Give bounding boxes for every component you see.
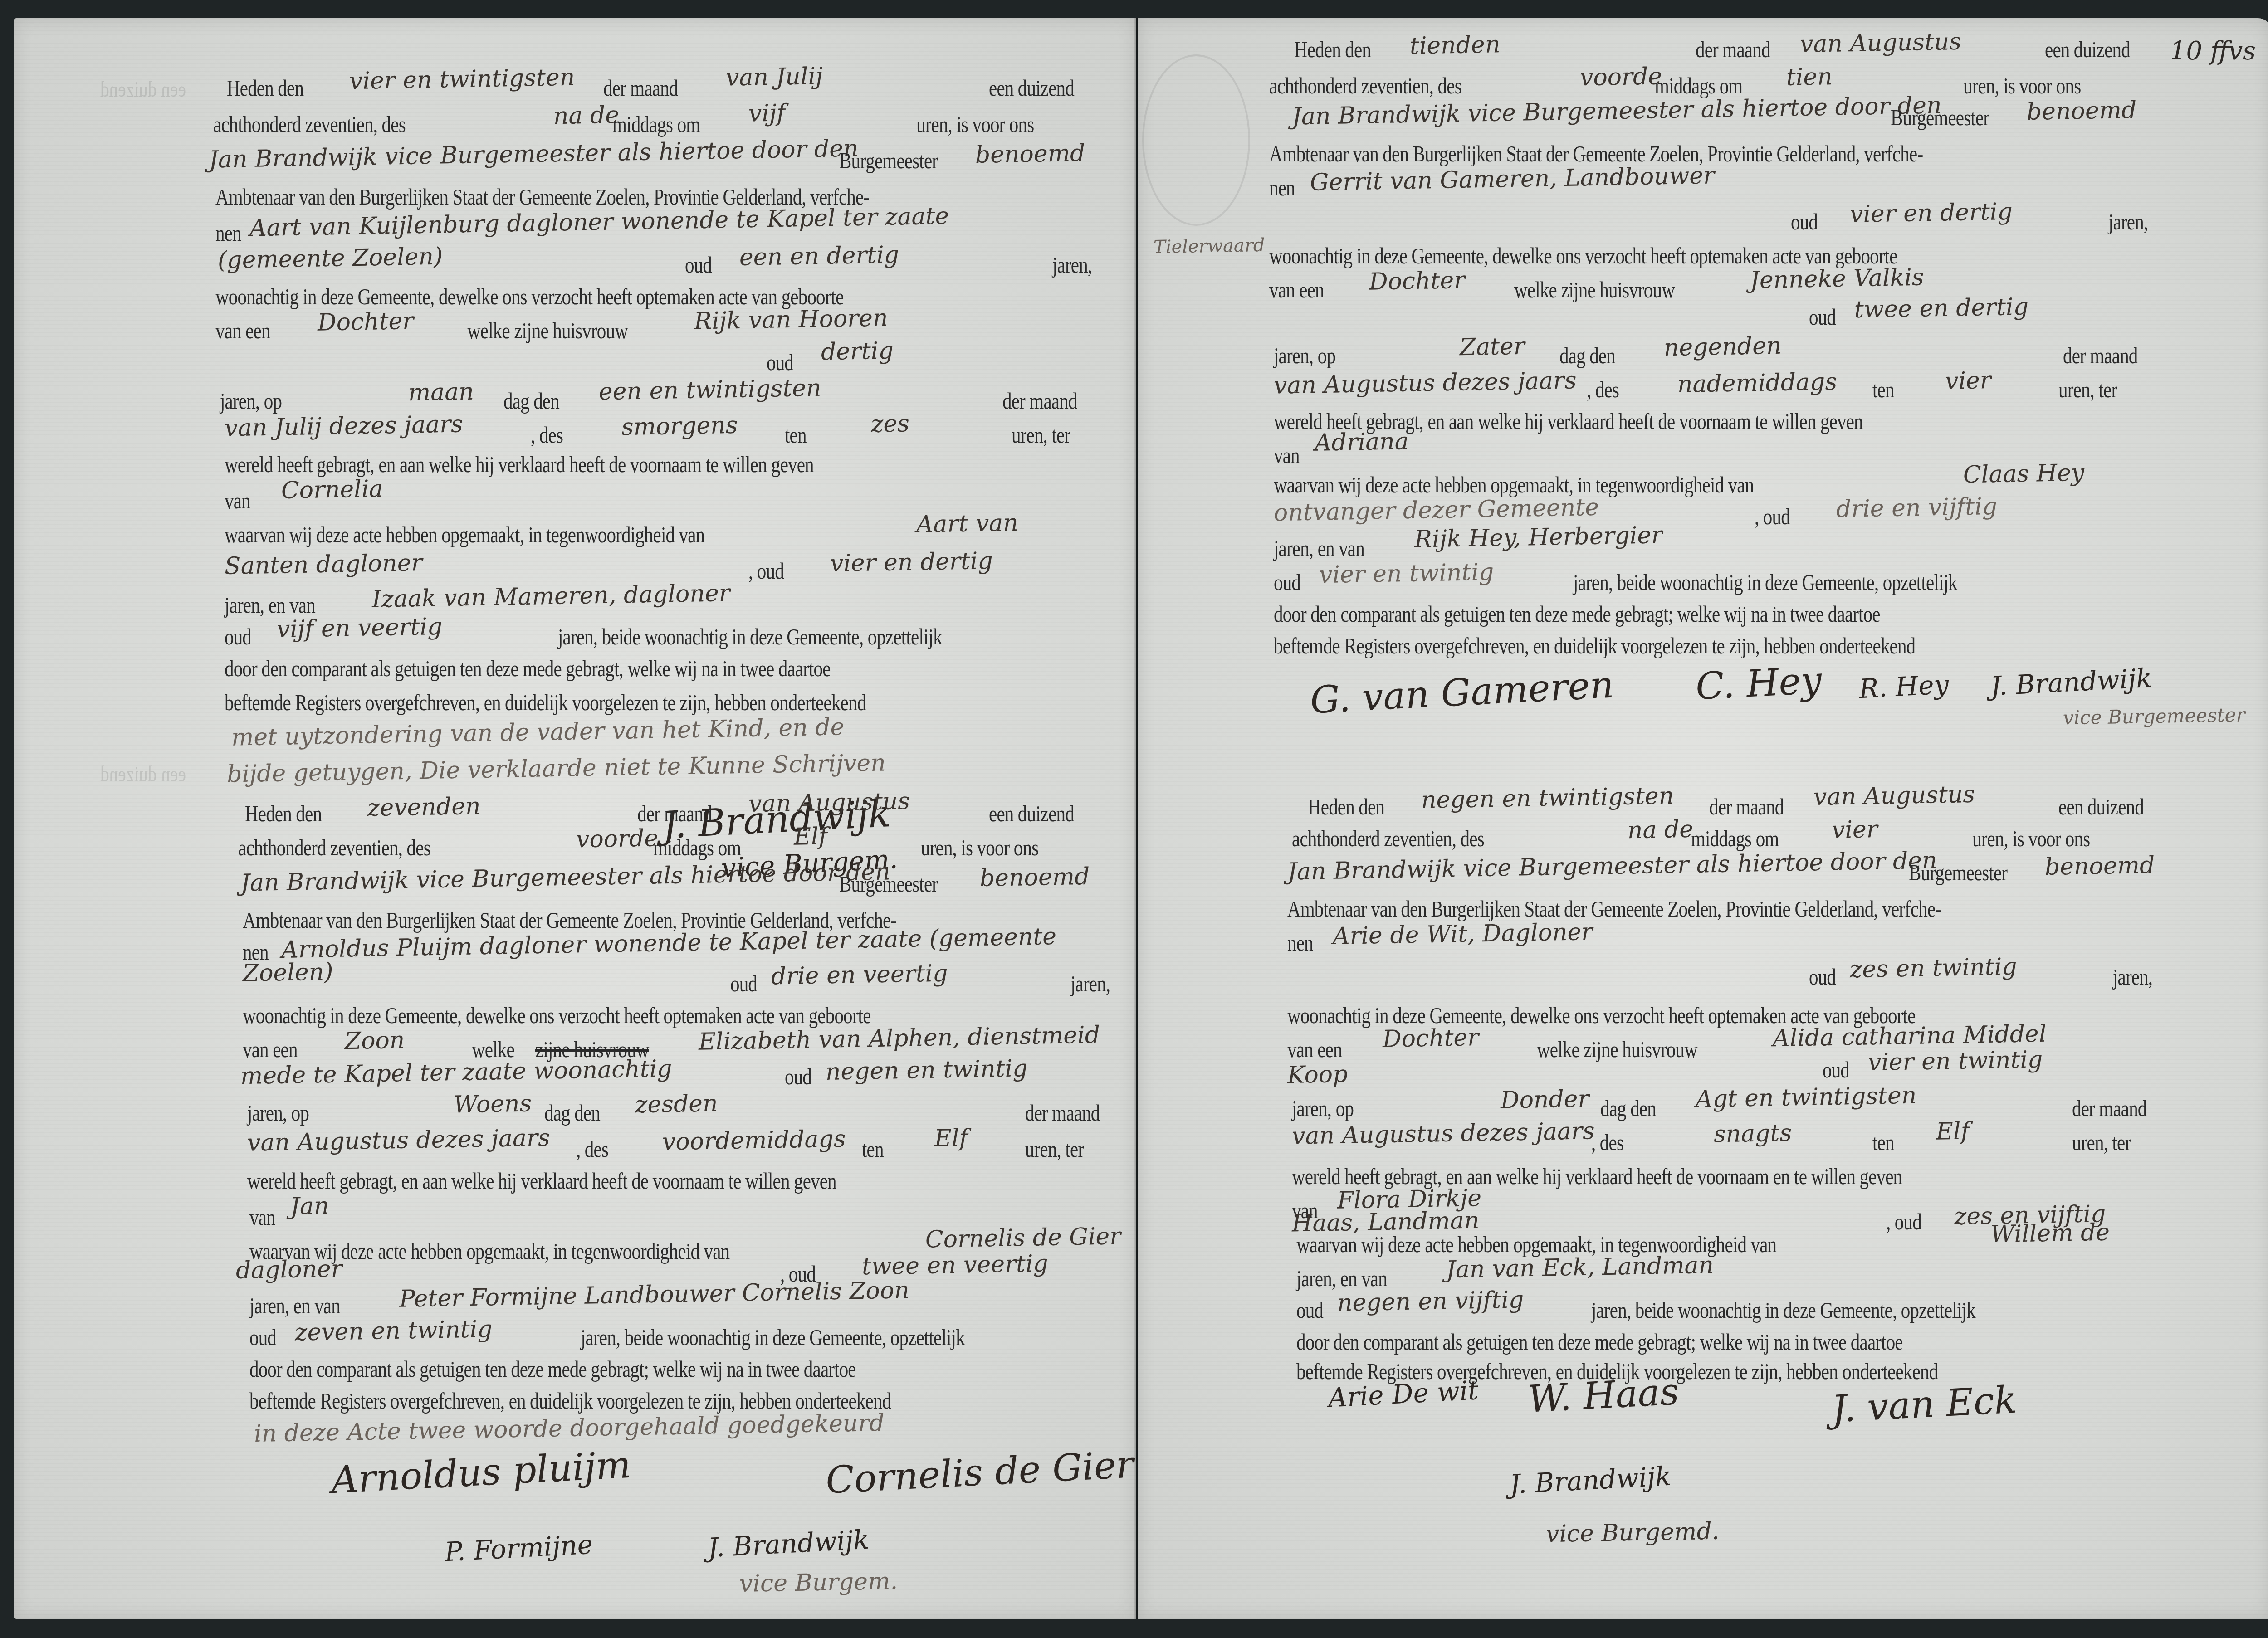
handwritten-witness: Rijk Hey, Herbergier — [1414, 522, 1663, 553]
printed-text: een duizend — [989, 800, 1074, 827]
printed-text: Burgemeester — [1909, 859, 2007, 886]
printed-text: welke zijne huisvrouw — [1514, 277, 1675, 303]
printed-text: Burgemeester — [1891, 104, 1989, 131]
printed-text: middags om — [1655, 73, 1742, 99]
signature-title: vice Burgemeester — [2063, 703, 2245, 729]
handwritten-sex: Dochter — [1382, 1024, 1479, 1053]
handwritten-time: nademiddags — [1677, 368, 1838, 398]
handwritten-child-name: Adriana — [1314, 428, 1409, 457]
handwritten-age: drie en veertig — [771, 960, 948, 990]
handwritten-text: van Augustus dezes jaars — [247, 1124, 551, 1157]
handwritten-day: tienden — [1409, 31, 1500, 59]
printed-text: ten — [785, 422, 807, 448]
handwritten-text: mede te Kapel ter zaate woonachtig — [240, 1055, 673, 1090]
handwritten-father: Gerrit van Gameren, Landbouwer — [1310, 162, 1715, 196]
printed-text: jaren, — [1052, 252, 1092, 278]
handwritten-witness: dagloner — [235, 1255, 342, 1284]
handwritten-hour: vijf — [748, 99, 785, 127]
handwritten-annotation: bijde getuygen, Die verklaarde niet te K… — [227, 749, 886, 788]
printed-text: beftemde Registers overgefchreven, en du… — [249, 1388, 891, 1414]
printed-text: uren, is voor ons — [1972, 825, 2090, 852]
printed-text: door den comparant als getuigen ten deze… — [1274, 601, 1880, 627]
printed-text: der maand — [637, 800, 712, 827]
printed-text: een duizend — [2045, 36, 2130, 63]
printed-text: nen — [1287, 930, 1313, 956]
handwritten-hour: Elf — [934, 1124, 968, 1152]
handwritten-sex: Dochter — [1369, 267, 1465, 296]
printed-text: door den comparant als getuigen ten deze… — [225, 655, 831, 682]
handwritten-witness: Jan van Eck, Landman — [1446, 1252, 1714, 1283]
printed-text: achthonderd zeventien, des — [1269, 73, 1461, 99]
printed-text: een duizend — [989, 75, 1074, 101]
printed-text: middags om — [612, 111, 700, 137]
printed-text: der maand — [1002, 388, 1077, 414]
handwritten-official: Jan Brandwijk vice Burgemeester als hier… — [240, 858, 890, 897]
handwritten-mother-cont: Koop — [1287, 1061, 1348, 1089]
printed-text: Heden den — [227, 75, 303, 101]
printed-text: uren, is voor ons — [1963, 73, 2081, 99]
printed-text: achthonderd zeventien, des — [213, 111, 406, 137]
printed-text: uren, ter — [2058, 376, 2117, 403]
printed-text: oud — [1823, 1057, 1849, 1083]
printed-text: jaren, beide woonachtig in deze Gemeente… — [558, 624, 942, 650]
printed-text: door den comparant als getuigen ten deze… — [249, 1356, 856, 1382]
printed-text: van een — [1269, 277, 1324, 303]
handwritten-text: benoemd — [2026, 97, 2136, 126]
printed-text: , des — [1591, 1129, 1623, 1155]
printed-text: beftemde Registers overgefchreven, en du… — [225, 689, 866, 716]
handwritten-witness: Peter Formijne Landbouwer Cornelis Zoon — [399, 1277, 910, 1313]
signature-father: Arnoldus pluijm — [330, 1443, 632, 1502]
printed-text: uren, is voor ons — [921, 834, 1038, 861]
printed-text: jaren, — [2113, 964, 2152, 990]
handwritten-witness: Santen dagloner — [225, 549, 423, 580]
printed-text: , des — [531, 422, 563, 448]
printed-text: oud — [785, 1063, 811, 1090]
handwritten-age: negen en vijftig — [1337, 1286, 1524, 1316]
printed-text: Burgemeester — [839, 871, 938, 897]
handwritten-age: zes en twintig — [1850, 953, 2018, 983]
printed-text: middags om — [653, 834, 741, 861]
printed-text: oud — [249, 1324, 276, 1350]
handwritten-sex: Dochter — [317, 307, 414, 336]
handwritten-month: van Augustus — [748, 788, 910, 818]
handwritten-witness: Cornelis de Gier — [925, 1223, 1121, 1253]
printed-text: der maand — [2063, 342, 2138, 369]
printed-text: jaren, en van — [1274, 535, 1364, 561]
printed-text: woonachtig in deze Gemeente, dewelke ons… — [243, 1002, 871, 1029]
printed-text: oud — [730, 970, 757, 997]
handwritten-daypart: na de — [553, 102, 619, 130]
handwritten-text: Zoelen) — [242, 958, 333, 987]
handwritten-age: negen en twintig — [826, 1055, 1028, 1086]
handwritten-time: snagts — [1713, 1120, 1792, 1148]
handwritten-age: dertig — [821, 337, 894, 366]
handwritten-age: vier en dertig — [1850, 198, 2013, 228]
printed-text: Heden den — [1294, 36, 1371, 63]
handwritten-annotation: met uytzondering van de vader van het Ki… — [231, 713, 845, 751]
printed-text: oud — [1296, 1297, 1323, 1323]
printed-text: Ambtenaar van den Burgerlijken Staat der… — [1269, 141, 1923, 167]
handwritten-birth-day: een en twintigsten — [599, 375, 822, 406]
printed-text: dag den — [503, 388, 559, 414]
handwritten-mother: Rijk van Hooren — [694, 304, 888, 335]
handwritten-age: een en dertig — [739, 241, 899, 271]
printed-text: welke zijne huisvrouw — [1537, 1036, 1697, 1063]
signature-witness: W. Haas — [1527, 1370, 1680, 1421]
printed-text: jaren, op — [220, 388, 282, 414]
handwritten-father: Arie de Wit, Dagloner — [1333, 918, 1593, 950]
bleed-through-text: een duizend — [100, 77, 186, 102]
handwritten-text: benoemd — [979, 863, 1090, 892]
printed-text: van een — [215, 317, 270, 344]
printed-text: Heden den — [1308, 794, 1384, 820]
printed-text: woonachtig in deze Gemeente, dewelke ons… — [215, 283, 844, 310]
printed-text: middags om — [1691, 825, 1779, 852]
printed-text: waarvan wij deze acte hebben opgemaakt, … — [225, 522, 704, 548]
printed-text: welke zijne huisvrouw — [467, 317, 628, 344]
printed-text: der maand — [1709, 794, 1784, 820]
printed-text: uren, ter — [1012, 422, 1070, 448]
printed-text: woonachtig in deze Gemeente, dewelke ons… — [1269, 243, 1897, 269]
printed-text: oud — [1809, 964, 1836, 990]
handwritten-text: van Julij dezes jaars — [225, 410, 464, 442]
handwritten-weekday: maan — [408, 378, 474, 407]
handwritten-margin-note: Tielerwaard — [1154, 235, 1265, 258]
signature-witness: R. Hey — [1858, 669, 1950, 704]
printed-text: door den comparant als getuigen ten deze… — [1296, 1329, 1903, 1355]
handwritten-hour: vier — [1831, 816, 1878, 844]
handwritten-age: twee en dertig — [1854, 293, 2029, 324]
printed-text: Heden den — [245, 800, 322, 827]
printed-text: achthonderd zeventien, des — [1292, 825, 1484, 852]
printed-text: oud — [1809, 304, 1836, 330]
printed-text: oud — [767, 349, 793, 375]
signature-official: J. Brandwijk — [1509, 1461, 1672, 1500]
handwritten-month: van Julij — [725, 63, 823, 92]
handwritten-weekday: Zater — [1459, 333, 1525, 361]
handwritten-witness: Claas Hey — [1963, 459, 2084, 489]
printed-text: , oud — [1755, 503, 1790, 530]
printed-text: een duizend — [2058, 794, 2144, 820]
printed-text: van — [225, 487, 250, 514]
handwritten-official: Jan Brandwijk vice Burgemeester als hier… — [209, 135, 859, 174]
printed-text: jaren, beide woonachtig in deze Gemeente… — [581, 1324, 965, 1350]
signature-official: J. Brandwijk — [1989, 663, 2152, 702]
printed-text: der maand — [1025, 1100, 1100, 1126]
printed-text: Burgemeester — [839, 147, 938, 174]
printed-text: uren, ter — [1025, 1136, 1084, 1162]
handwritten-month: van Augustus — [1813, 781, 1975, 811]
printed-text: jaren, op — [1292, 1095, 1354, 1121]
printed-text: wereld heeft gebragt, en aan welke hij v… — [247, 1168, 836, 1194]
handwritten-age: vier en twintig — [1319, 559, 1494, 589]
signature-witness: C. Hey — [1695, 659, 1823, 708]
handwritten-day: vier en twintigsten — [349, 64, 575, 95]
printed-text: der maand — [1696, 36, 1770, 63]
printed-text: , des — [576, 1136, 608, 1162]
printed-text: dag den — [544, 1100, 600, 1126]
handwritten-hour: Elf — [793, 823, 827, 850]
handwritten-day: zevenden — [367, 793, 480, 822]
open-register-book: een duizend een duizend Heden den vier e… — [14, 18, 2268, 1623]
printed-text: achthonderd zeventien, des — [238, 834, 430, 861]
embossed-seal — [1142, 54, 1250, 226]
printed-text: jaren, — [1070, 970, 1110, 997]
printed-text: waarvan wij deze acte hebben opgemaakt, … — [1274, 472, 1754, 498]
handwritten-weekday: Donder — [1500, 1085, 1589, 1114]
handwritten-hour: zes — [870, 410, 909, 438]
printed-text: van een — [243, 1036, 298, 1063]
printed-text: jaren, en van — [1296, 1265, 1387, 1292]
handwritten-witness: Aart van — [916, 509, 1018, 538]
handwritten-daypart: voorde — [1579, 63, 1662, 91]
printed-text: jaren, beide woonachtig in deze Gemeente… — [1591, 1297, 1975, 1323]
printed-text: jaren, — [2108, 209, 2148, 235]
handwritten-age: vijf en veertig — [277, 613, 443, 643]
handwritten-text: benoemd — [975, 140, 1085, 169]
printed-text: uren, is voor ons — [916, 111, 1034, 137]
handwritten-birth-day: negenden — [1663, 332, 1781, 362]
handwritten-age: vier en twintig — [1868, 1046, 2043, 1077]
handwritten-annotation: in deze Acte twee woorde doorgehaald goe… — [254, 1409, 885, 1448]
printed-text: van een — [1287, 1036, 1342, 1063]
handwritten-birth-day: zesden — [635, 1090, 718, 1118]
handwritten-daypart: voorde — [576, 824, 658, 853]
handwritten-birth-day: Agt en twintigsten — [1696, 1082, 1917, 1113]
printed-text: nen — [215, 220, 241, 246]
printed-text: wereld heeft gebragt, en aan welke hij v… — [225, 451, 814, 478]
printed-text: ten — [862, 1136, 884, 1162]
folio-mark: ffvs — [2210, 36, 2256, 66]
folio-number: 10 ffvs — [2170, 36, 2256, 66]
handwritten-age: drie en vijftig — [1836, 493, 1998, 523]
folio-number-text: 10 — [2170, 36, 2202, 66]
printed-text: , des — [1587, 376, 1619, 403]
handwritten-sex: Zoon — [344, 1027, 405, 1055]
handwritten-witness: Izaak van Mameren, dagloner — [372, 580, 730, 613]
printed-text: , oud — [1886, 1209, 1921, 1235]
printed-text: jaren, en van — [225, 592, 315, 618]
left-page: een duizend een duizend Heden den vier e… — [14, 18, 1136, 1619]
printed-text: jaren, op — [247, 1100, 309, 1126]
printed-text: der maand — [2072, 1095, 2147, 1121]
handwritten-age: vier en dertig — [830, 547, 993, 577]
handwritten-age: twee en veertig — [862, 1250, 1049, 1280]
handwritten-daypart: na de — [1627, 816, 1693, 844]
handwritten-weekday: Woens — [453, 1090, 532, 1119]
printed-text: ten — [1872, 376, 1894, 403]
right-page: 10 ffvs Heden den tienden der maand van … — [1138, 18, 2268, 1619]
printed-text: ten — [1872, 1129, 1894, 1155]
handwritten-witness: ontvanger dezer Gemeente — [1274, 494, 1599, 527]
handwritten-text: benoemd — [2044, 852, 2155, 881]
printed-text: wereld heeft gebragt, en aan welke hij v… — [1292, 1163, 1902, 1189]
printed-text: jaren, en van — [249, 1292, 340, 1319]
signature-witness: J. van Eck — [1831, 1378, 2018, 1431]
printed-text: Ambtenaar van den Burgerlijken Staat der… — [1287, 896, 1941, 922]
handwritten-mother: Jenneke Valkis — [1750, 264, 1924, 294]
signature-title: vice Burgem. — [739, 1568, 898, 1598]
signature-official: J. Brandwijk — [707, 1524, 870, 1564]
printed-text: van — [1274, 442, 1300, 468]
handwritten-text: van Augustus dezes jaars — [1292, 1117, 1595, 1150]
handwritten-time: smorgens — [621, 412, 738, 441]
handwritten-hour: vier — [1945, 367, 1991, 395]
printed-text: jaren, op — [1274, 342, 1335, 369]
printed-text: jaren, beide woonachtig in deze Gemeente… — [1573, 569, 1957, 595]
bleed-through-text: een duizend — [100, 762, 186, 787]
handwritten-age: zes en vijftig — [1954, 1200, 2106, 1230]
printed-text: oud — [225, 624, 251, 650]
printed-text: oud — [1791, 209, 1818, 235]
printed-text: uren, ter — [2072, 1129, 2131, 1155]
handwritten-child-name: Jan — [290, 1192, 329, 1220]
handwritten-hour: Elf — [1936, 1117, 1970, 1145]
printed-text: nen — [1269, 175, 1295, 201]
printed-text: dag den — [1600, 1095, 1656, 1121]
printed-text: oud — [685, 252, 712, 278]
printed-text: der maand — [603, 75, 678, 101]
handwritten-official: Jan Brandwijk vice Burgemeester als hier… — [1287, 847, 1937, 886]
printed-text: van — [249, 1204, 275, 1230]
handwritten-witness: Haas, Landman — [1292, 1207, 1480, 1237]
printed-text: oud — [1274, 569, 1300, 595]
handwritten-text: (gemeente Zoelen) — [218, 243, 443, 274]
signature-witness: Cornelis de Gier — [825, 1443, 1135, 1502]
handwritten-text: van Augustus dezes jaars — [1274, 367, 1577, 400]
handwritten-time: voordemiddags — [662, 1125, 846, 1155]
handwritten-age: zeven en twintig — [295, 1316, 493, 1346]
printed-text: dag den — [1559, 342, 1615, 369]
handwritten-day: negen en twintigsten — [1421, 782, 1674, 814]
printed-text: beftemde Registers overgefchreven, en du… — [1274, 633, 1915, 659]
handwritten-hour: tien — [1786, 63, 1833, 91]
signature-father: G. van Gameren — [1309, 663, 1615, 722]
printed-text: , oud — [748, 558, 784, 584]
signature-witness: P. Formijne — [444, 1529, 593, 1567]
handwritten-month: van Augustus — [1800, 28, 1962, 58]
handwritten-child-name: Cornelia — [281, 475, 383, 504]
signature-title: vice Burgemd. — [1546, 1518, 1720, 1548]
